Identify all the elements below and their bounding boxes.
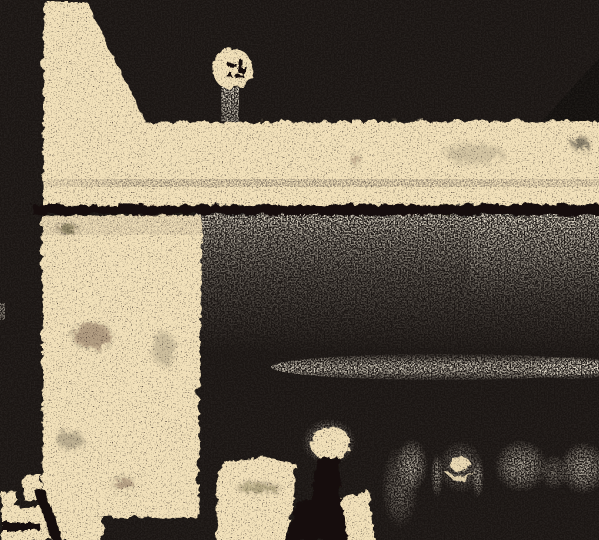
mushroom-bolt-cap <box>309 425 349 459</box>
left-edge-sliver <box>0 303 5 320</box>
bottom-left-dash <box>0 521 38 529</box>
pillar-smudge-b <box>53 427 79 445</box>
beam-shadow-gradient-right <box>470 212 599 302</box>
lower-block <box>215 455 294 540</box>
beam-mottle <box>440 140 500 160</box>
artwork-canvas: High-contrast stippled halftone photogra… <box>0 0 599 540</box>
underline-spot <box>55 220 73 230</box>
screw-stem <box>222 87 240 122</box>
beam-smudge-b <box>347 152 357 160</box>
beam-smudge-a <box>569 133 585 147</box>
beam-seam-streak <box>46 179 599 187</box>
pillar-mottle <box>148 329 172 361</box>
halftone-artwork: High-contrast stippled halftone photogra… <box>0 0 599 540</box>
pillar-smudge-a <box>69 319 107 345</box>
ball-fitting <box>448 454 468 470</box>
hazy-strip-right <box>472 458 484 498</box>
left-pillar <box>40 213 200 516</box>
hazy-strip-left <box>431 453 443 497</box>
block-smudge <box>233 480 277 488</box>
beam-shadow-line <box>31 203 599 214</box>
hazy-patch-b <box>396 439 428 491</box>
hazy-patch-c <box>494 440 548 492</box>
hazy-patch-e <box>540 454 568 490</box>
pillar-smudge-c <box>110 474 130 486</box>
